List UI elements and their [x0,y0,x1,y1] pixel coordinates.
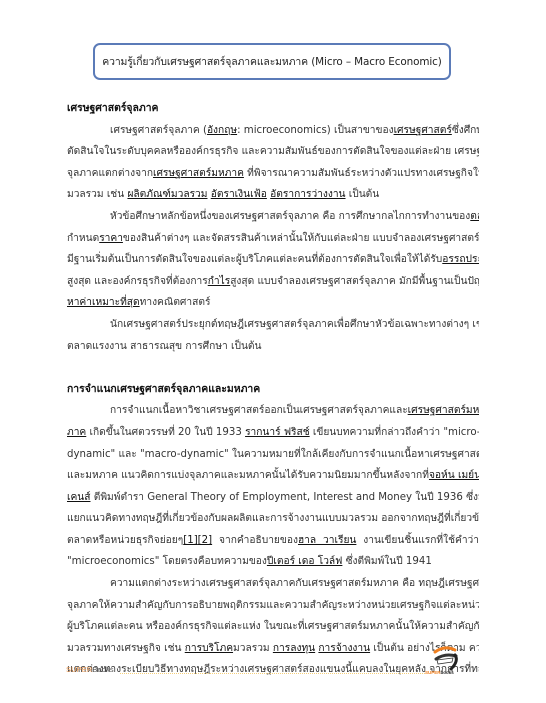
paragraph-line: เคนส์ ตีพิมพ์ตำรา General Theory of Empl… [67,487,479,509]
section-heading-microeconomics: เศรษฐศาสตร์จุลภาค [67,98,479,120]
paragraph-line: หาค่าเหมาะที่สุดทางคณิตศาสตร์ [67,292,479,314]
paragraph-line: แยกแนวคิดทางทฤษฎีที่เกี่ยวข้องกับผลผลิตแ… [67,508,479,530]
section-gap [67,357,479,379]
paragraph-line: จุลภาคให้ความสำคัญกับการอธิบายพฤติกรรมแล… [67,595,479,617]
paragraph-line: มวลรวม เช่น ผลิตภัณฑ์มวลรวม อัตราเงินเฟ้… [67,184,479,206]
paragraph-line: "microeconomics" โดยตรงคือบทความของปีเตอ… [67,551,479,573]
paragraph-line: และมหภาค แนวคิดการแบ่งจุลภาคและมหภาคนั้น… [67,465,479,487]
paragraph-line: ความแตกต่างระหว่างเศรษฐศาสตร์จุลภาคกับเศ… [67,573,479,595]
link-ragnar-frisch[interactable]: รากนาร์ ฟริสช์ [245,427,310,438]
paragraph-line: เศรษฐศาสตร์จุลภาค (อังกฤษ: microeconomic… [67,120,479,142]
paragraph-line: กำหนดราคาของสินค้าต่างๆ และจัดสรรสินค้าเ… [67,228,479,250]
paragraph-line: ตัดสินใจในระดับบุคคลหรือองค์กรธุรกิจ และ… [67,141,479,163]
footer-brand: SUPERBooks [66,665,114,674]
link-price[interactable]: ราคา [99,233,123,244]
link-macroeconomics-part1[interactable]: เศรษฐศาสตร์มห [408,405,479,416]
link-macroeconomics[interactable]: เศรษฐศาสตร์มหภาค [153,168,244,179]
page-footer: SUPERBooks SUPERbooks [0,640,546,703]
link-economics[interactable]: เศรษฐศาสตร์ [394,125,452,136]
section-heading-classification: การจำแนกเศรษฐศาสตร์จุลภาคและมหภาค [67,379,479,401]
citation-2[interactable]: [2] [198,535,212,546]
link-macroeconomics-part2[interactable]: ภาค [67,427,86,438]
footer-divider [120,673,425,674]
paragraph-line: ตลาดหรือหน่วยธุรกิจย่อยๆ[1][2] จากคำอธิบ… [67,530,479,552]
link-utility[interactable]: อรรถประโยชน์ [442,254,479,265]
paragraph-line: การจำแนกเนื้อหาวิชาเศรษฐศาสตร์ออกเป็นเศร… [67,400,479,422]
link-inflation[interactable]: อัตราเงินเฟ้อ [211,189,267,200]
link-hal-varian[interactable]: ฮาล วาเรียน [298,535,356,546]
paragraph-line: หัวข้อศึกษาหลักข้อหนึ่งของเศรษฐศาสตร์จุล… [67,206,479,228]
link-optimization-part2[interactable]: หาค่าเหมาะที่สุด [67,297,140,308]
paragraph-line: มีฐานเริ่มต้นเป็นการตัดสินใจของแต่ละผู้บ… [67,249,479,271]
link-john-maynard-keynes-part2[interactable]: เคนส์ [67,492,90,503]
link-market[interactable]: ตลาด [470,211,479,222]
link-unemployment[interactable]: อัตราการว่างงาน [270,189,345,200]
document-body: เศรษฐศาสตร์จุลภาค เศรษฐศาสตร์จุลภาค (อัง… [67,98,479,681]
paragraph-line: สูงสุด และองค์กรธุรกิจที่ต้องการกำไรสูงส… [67,271,479,293]
link-pieter-de-wolff[interactable]: ปีเตอร์ เดอ โวล์ฟ [267,556,343,567]
paragraph-line: ตลาดแรงงาน สาธารณสุข การศึกษา เป็นต้น [67,336,479,358]
paragraph-line: นักเศรษฐศาสตร์ประยุกต์ทฤษฎีเศรษฐศาสตร์จุ… [67,314,479,336]
paragraph-line: dynamic" และ "macro-dynamic" ในความหมายท… [67,444,479,466]
logo-wordmark: SUPERbooks [425,670,454,675]
paragraph-line: ภาค เกิดขึ้นในศตวรรษที่ 20 ในปี 1933 ราก… [67,422,479,444]
citation-1[interactable]: [1] [183,535,197,546]
paragraph-line: ผู้บริโภคแต่ละคน หรือองค์กรธุรกิจแต่ละแห… [67,616,479,638]
link-profit[interactable]: กำไร [208,276,230,287]
document-title: ความรู้เกี่ยวกับเศรษฐศาสตร์จุลภาคและมหภา… [102,53,442,70]
link-english[interactable]: อังกฤษ [207,125,237,136]
title-box: ความรู้เกี่ยวกับเศรษฐศาสตร์จุลภาคและมหภา… [93,43,451,80]
paragraph-line: จุลภาคแตกต่างจากเศรษฐศาสตร์มหภาค ที่พิจา… [67,163,479,185]
link-john-maynard-keynes-part1[interactable]: จอห์น เมย์นาร์ด [429,470,479,481]
link-gdp[interactable]: ผลิตภัณฑ์มวลรวม [127,189,207,200]
